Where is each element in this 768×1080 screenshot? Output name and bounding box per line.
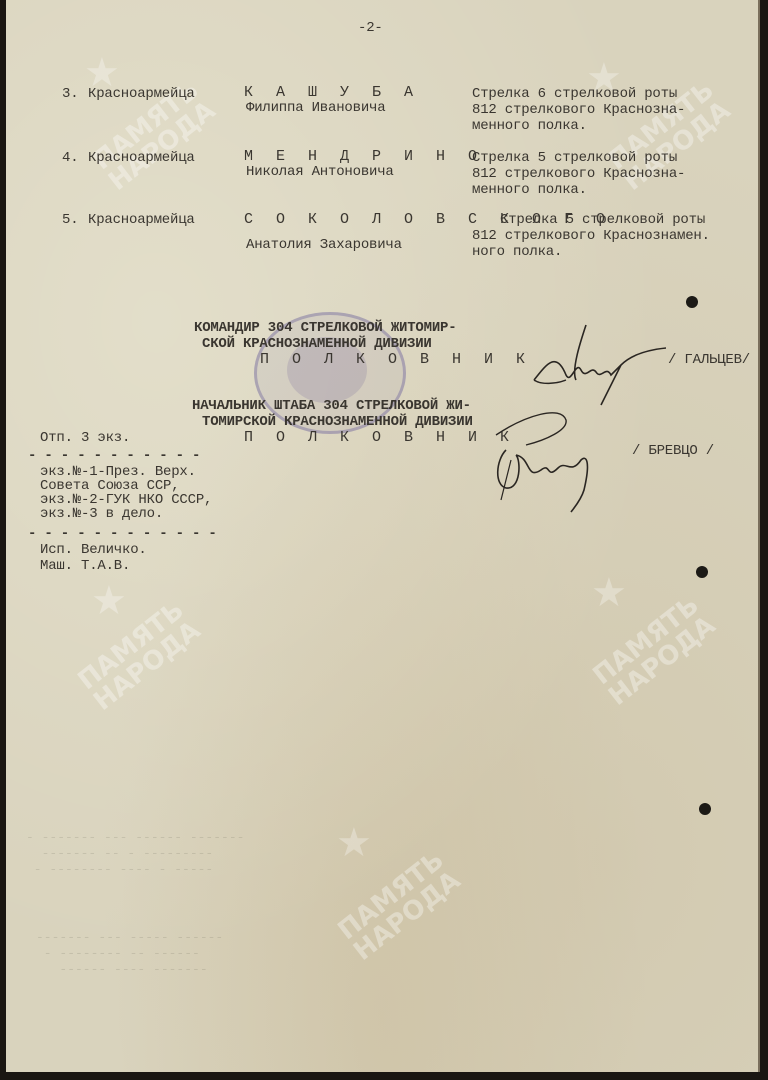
watermark-star-icon: ★ <box>336 820 372 866</box>
document-page: ★ ПАМЯТЬНАРОДА ★ ПАМЯТЬНАРОДА ★ ПАМЯТЬНА… <box>6 0 760 1072</box>
separator: - - - - - - - - - - - - <box>28 526 217 543</box>
entry-given-names: Филиппа Ивановича <box>246 100 385 117</box>
entry-position: ного полка. <box>472 244 562 261</box>
chief-of-staff-signature <box>486 400 616 515</box>
entry-given-names: Анатолия Захаровича <box>246 237 402 254</box>
punch-hole <box>699 803 711 815</box>
distribution-line: экз.№-3 в дело. <box>40 506 163 523</box>
punch-hole <box>696 566 708 578</box>
entry-position: 812 стрелкового Краснозна- <box>472 102 685 119</box>
commander-rank: П О Л К О В Н И К <box>260 351 532 368</box>
chief-of-staff-rank: П О Л К О В Н И К <box>244 429 516 446</box>
executor: Исп. Величко. <box>40 542 147 559</box>
typist: Маш. Т.А.В. <box>40 558 130 575</box>
chief-of-staff-name: / БРЕВЦО / <box>632 443 714 460</box>
bleed-through-text: ------- --- ----- ------ - -------- -- -… <box>36 930 223 978</box>
entry-position: 812 стрелкового Краснознамен. <box>472 228 710 245</box>
entry-position: Стрелка 6 стрелковой роты <box>472 86 677 103</box>
separator: - - - - - - - - - - - <box>28 448 200 465</box>
commander-name: / ГАЛЬЦЕВ/ <box>668 352 750 369</box>
entry-number: 5. <box>62 212 78 229</box>
entry-rank: Красноармейца <box>88 212 195 229</box>
entry-position: менного полка. <box>472 118 587 135</box>
entry-position: Стрелка 5 стрелковой роты <box>500 212 705 229</box>
entry-position: менного полка. <box>472 182 587 199</box>
entry-rank: Красноармейца <box>88 86 195 103</box>
page-number: -2- <box>358 20 383 37</box>
watermark-star-icon: ★ <box>591 570 627 616</box>
punch-hole <box>686 296 698 308</box>
chief-of-staff-title: НАЧАЛЬНИК ШТАБА 304 СТРЕЛКОВОЙ ЖИ- <box>192 398 471 415</box>
entry-number: 3. <box>62 86 78 103</box>
commander-title: КОМАНДИР 304 СТРЕЛКОВОЙ ЖИТОМИР- <box>194 320 456 337</box>
entry-position: 812 стрелкового Краснозна- <box>472 166 685 183</box>
entry-position: Стрелка 5 стрелковой роты <box>472 150 677 167</box>
entry-surname: М Е Н Д Р И Н О <box>244 148 484 165</box>
entry-number: 4. <box>62 150 78 167</box>
watermark-star-icon: ★ <box>91 578 127 624</box>
copies-count: Отп. 3 экз. <box>40 430 130 447</box>
entry-rank: Красноармейца <box>88 150 195 167</box>
bleed-through-text: - ------- --- ------ ------- ------- -- … <box>26 830 244 878</box>
commander-signature <box>526 310 666 410</box>
entry-surname: К А Ш У Б А <box>244 84 420 101</box>
entry-given-names: Николая Антоновича <box>246 164 394 181</box>
